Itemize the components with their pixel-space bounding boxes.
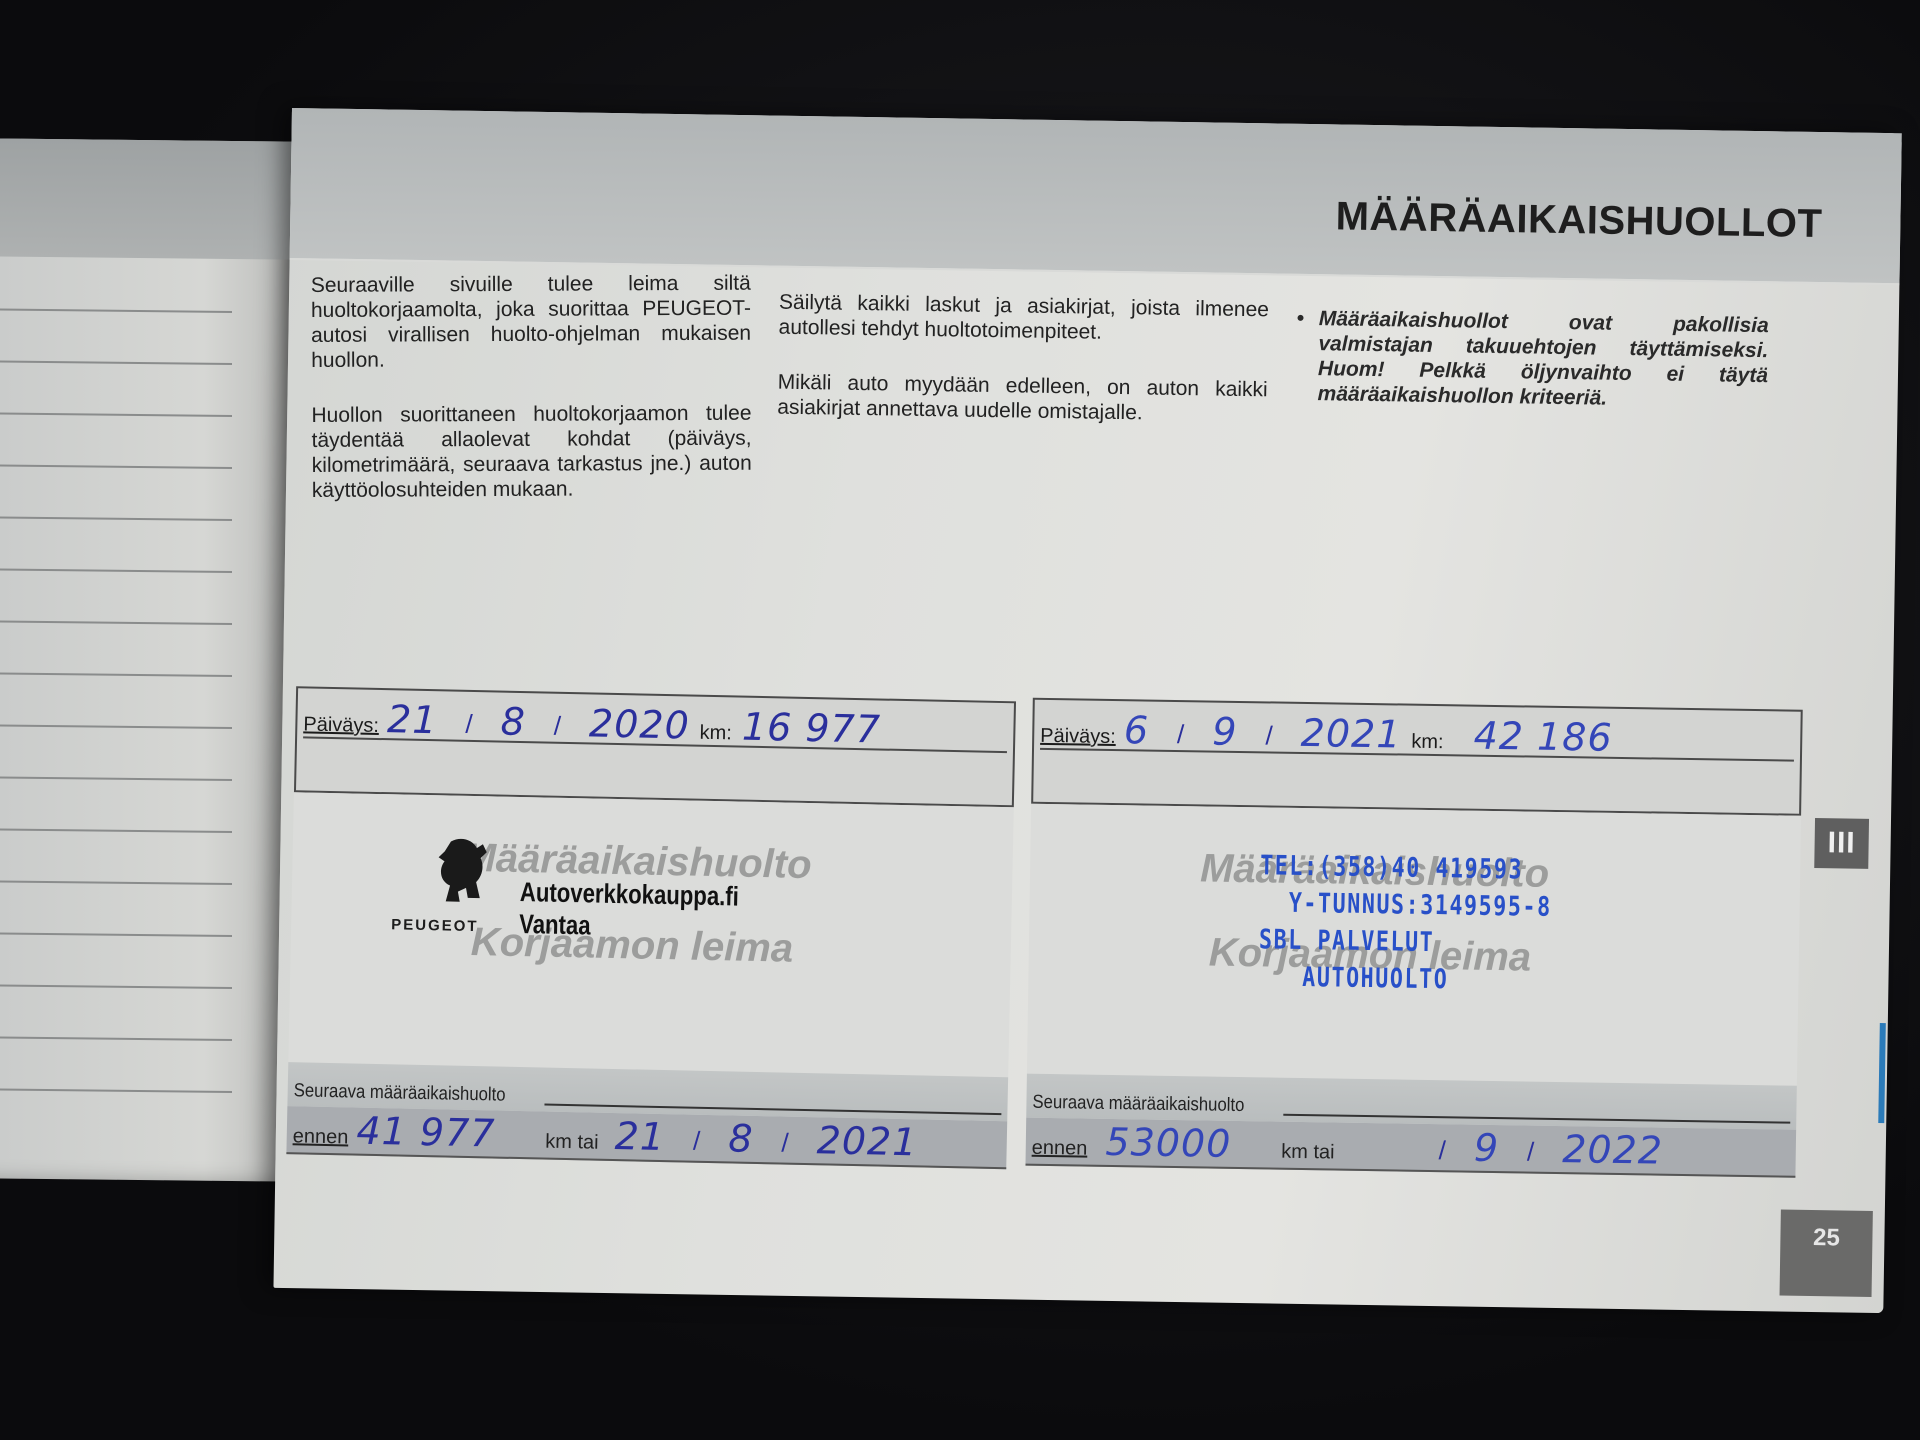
km-label: km: (699, 722, 732, 746)
date-year: 2020 (589, 704, 690, 744)
date-label: Päiväys: (303, 713, 379, 738)
ruled-line (0, 829, 232, 833)
ruled-line (0, 413, 232, 417)
dealer-city: Vantaa (519, 909, 591, 941)
intro-paragraph: Huollon suorittaneen huoltokorjaamon tul… (311, 401, 752, 503)
warranty-note: Määräaikaishuollot ovat pakollisia valmi… (1317, 306, 1769, 413)
service-record-1: Päiväys: 21 / 8 / 2020 km: 16 977 Määräa… (286, 686, 1016, 1181)
ruled-line (0, 777, 232, 781)
date-month: 8 (500, 703, 526, 742)
intro-paragraph: Mikäli auto myydään edelleen, on auton k… (777, 370, 1268, 428)
next-service-label: Seuraava määräaikaishuolto (1032, 1092, 1244, 1117)
date-day: 6 (1124, 711, 1150, 749)
odometer-km: 16 977 (742, 708, 882, 749)
workshop-stamp-area: Määräaikaishuolto Korjaamon leima PEUGEO… (288, 792, 1013, 1077)
intro-paragraph: Seuraaville sivuille tulee leima siltä h… (311, 271, 752, 373)
km-or-label: km tai (545, 1131, 599, 1155)
page-edge-marker (1878, 1023, 1886, 1123)
ruled-line (0, 465, 232, 469)
date-separator: / (1177, 719, 1185, 750)
date-month: 9 (1212, 713, 1238, 751)
next-month: 8 (728, 1119, 754, 1158)
bullet-icon: • (1297, 306, 1305, 331)
ruled-line (0, 361, 232, 365)
left-page (0, 138, 300, 1181)
date-year: 2021 (1300, 714, 1401, 754)
stamp-phone: TEL:(358)40 419593 (1260, 847, 1553, 889)
workshop-stamp: TEL:(358)40 419593 Y-TUNNUS:3149595-8 SB… (1258, 847, 1625, 1001)
ruled-line (0, 621, 232, 625)
service-record-2: Päiväys: 6 / 9 / 2021 km: 42 186 Määräai… (1025, 698, 1802, 1190)
date-day: 21 (387, 700, 438, 739)
intro-column-2: Säilytä kaikki laskut ja asiakirjat, joi… (777, 290, 1269, 458)
next-service: Seuraava määräaikaishuolto ennen 53000 k… (1025, 1074, 1797, 1190)
ruled-line (0, 933, 232, 937)
service-date-box: Päiväys: 21 / 8 / 2020 km: 16 977 (294, 686, 1016, 807)
ruled-line (0, 673, 232, 677)
stamp-business-id: Y-TUNNUS:3149595-8 (1259, 884, 1552, 926)
ruled-line (0, 309, 232, 313)
date-separator: / (1438, 1135, 1446, 1166)
stamp-service-type: AUTOHUOLTO (1258, 958, 1551, 1000)
next-km: 53000 (1105, 1123, 1231, 1163)
next-service-label: Seuraava määräaikaishuolto (293, 1080, 505, 1106)
ruled-line (0, 1037, 232, 1041)
next-year: 2021 (816, 1121, 917, 1161)
before-label: ennen (1032, 1137, 1088, 1161)
page-title: MÄÄRÄAIKAISHUOLLOT (1335, 194, 1822, 247)
date-label: Päiväys: (1040, 725, 1116, 749)
ruled-line (0, 725, 232, 729)
next-day: 21 (614, 1117, 665, 1156)
next-service: Seuraava määräaikaishuolto ennen 41 977 … (286, 1062, 1008, 1181)
date-separator: / (553, 711, 561, 742)
date-separator: / (1265, 720, 1273, 751)
date-separator: / (1527, 1137, 1535, 1168)
km-label: km: (1411, 731, 1444, 755)
ruled-line (0, 517, 232, 521)
odometer-km: 42 186 (1473, 717, 1613, 757)
page-number: 25 (1780, 1210, 1873, 1297)
next-year: 2022 (1562, 1130, 1663, 1170)
right-page: MÄÄRÄAIKAISHUOLLOT Seuraaville sivuille … (273, 108, 1901, 1313)
peugeot-brand: PEUGEOT (391, 916, 479, 935)
date-separator: / (465, 709, 473, 740)
km-or-label: km tai (1281, 1141, 1335, 1165)
service-date-box: Päiväys: 6 / 9 / 2021 km: 42 186 (1031, 698, 1803, 816)
date-separator: / (693, 1126, 701, 1157)
stamp-company: SBL PALVELUT (1259, 921, 1552, 963)
intro-column-3-note: • Määräaikaishuollot ovat pakollisia val… (1317, 306, 1769, 443)
ruled-line (0, 569, 232, 573)
ruled-line (0, 881, 232, 885)
intro-column-1: Seuraaville sivuille tulee leima siltä h… (311, 271, 752, 533)
section-tab-marker: III (1814, 818, 1869, 869)
next-month: 9 (1474, 1129, 1500, 1167)
left-page-header-band (0, 138, 300, 259)
date-separator: / (781, 1128, 789, 1159)
peugeot-lion-icon (432, 835, 493, 906)
dealer-name: Autoverkkokauppa.fi (520, 877, 740, 913)
next-km: 41 977 (356, 1112, 496, 1153)
next-day (1350, 1165, 1410, 1166)
ruled-line (0, 985, 232, 989)
workshop-stamp-area: Määräaikaishuolto Korjaamon leima TEL:(3… (1027, 804, 1801, 1086)
ruled-line (0, 1089, 232, 1093)
before-label: ennen (293, 1125, 349, 1149)
intro-paragraph: Säilytä kaikki laskut ja asiakirjat, joi… (778, 290, 1269, 348)
header-band (290, 108, 1902, 285)
